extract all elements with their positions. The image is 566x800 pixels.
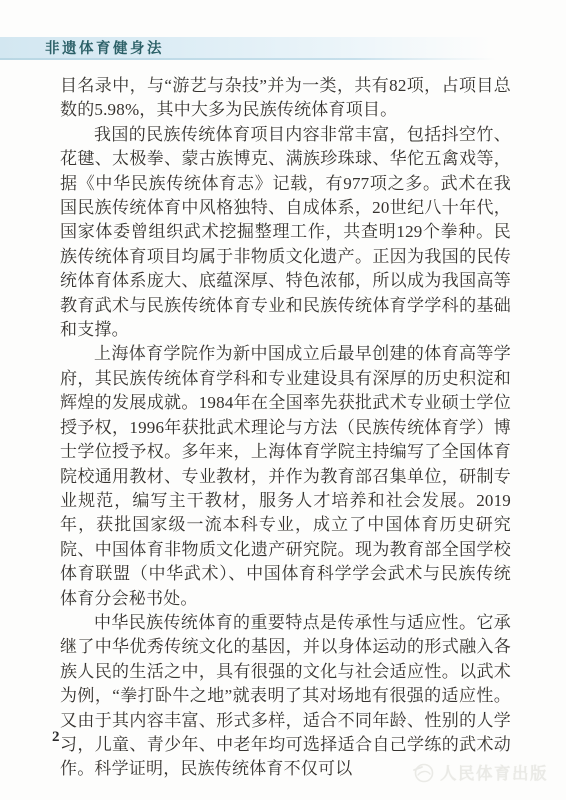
paragraph-continuation: 目名录中，与“游艺与杂技”并为一类，共有82项，占项目总数的5.98%，其中大多… xyxy=(60,74,511,123)
running-head-title: 非遗体育健身法 xyxy=(0,37,164,58)
paragraph: 我国的民族传统体育项目内容非常丰富，包括抖空竹、花毽、太极拳、蒙古族博克、满族珍… xyxy=(60,123,511,343)
page-body: 目名录中，与“游艺与杂技”并为一类，共有82项，占项目总数的5.98%，其中大多… xyxy=(60,74,511,782)
page-number: 2 xyxy=(52,729,60,746)
publisher-name: 人民体育出版 xyxy=(440,760,548,784)
publisher-watermark: 人民体育出版 xyxy=(412,760,548,784)
page-header: 非遗体育健身法 xyxy=(0,37,506,58)
publisher-logo-icon xyxy=(412,761,434,783)
header-band: 非遗体育健身法 xyxy=(0,37,506,58)
paragraph: 上海体育学院作为新中国成立后最早创建的体育高等学府，其民族传统体育学科和专业建设… xyxy=(60,342,511,610)
book-page: 非遗体育健身法 目名录中，与“游艺与杂技”并为一类，共有82项，占项目总数的5.… xyxy=(0,0,566,800)
header-underline xyxy=(0,58,506,60)
paragraph: 中华民族传统体育的重要特点是传承性与适应性。它承继了中华优秀传统文化的基因，并以… xyxy=(60,611,511,782)
